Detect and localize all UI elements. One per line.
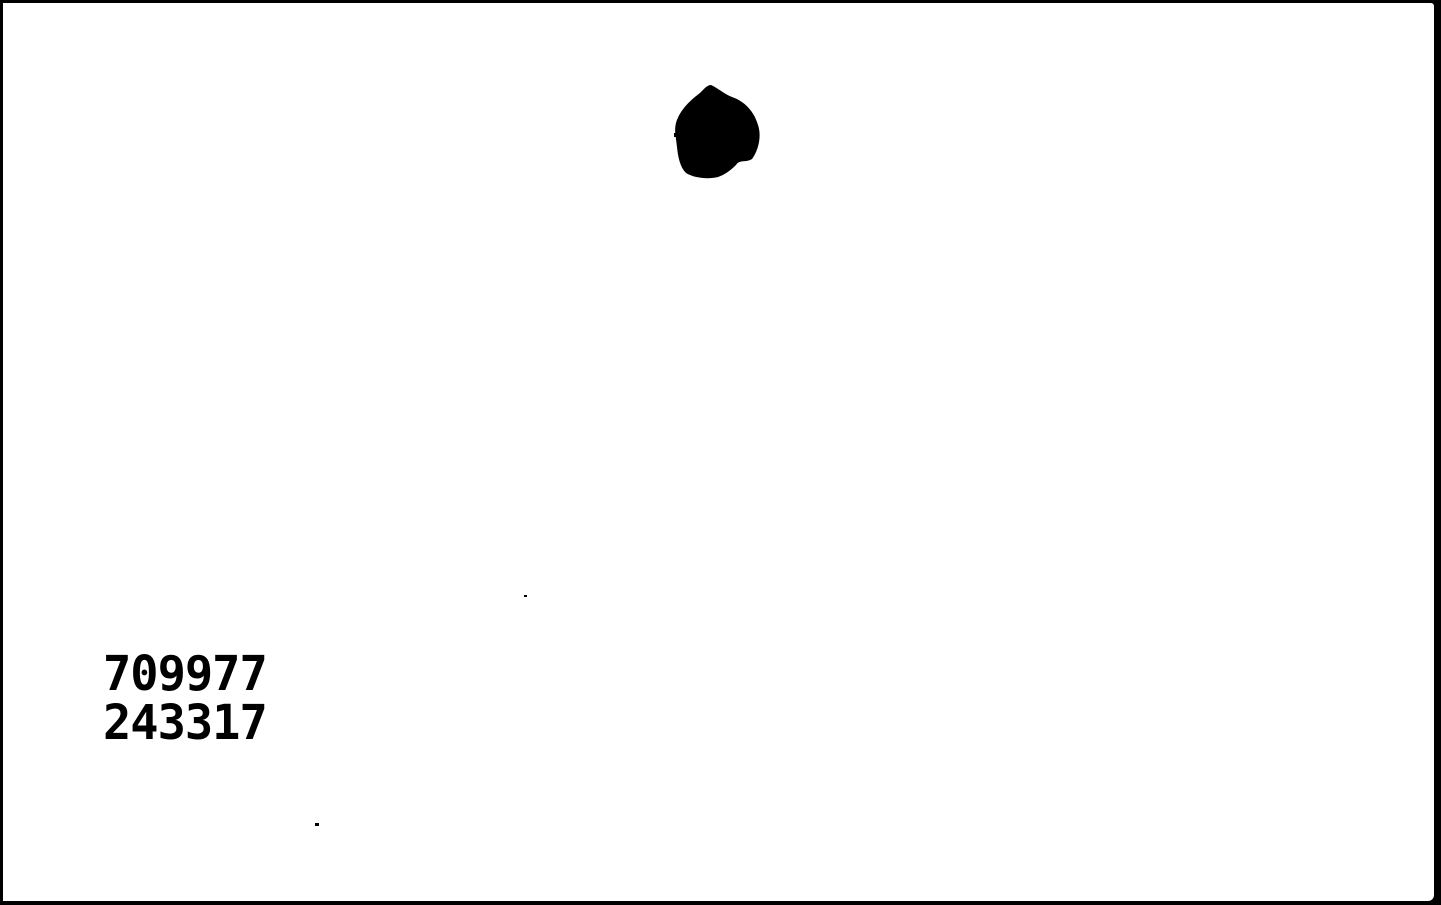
blot-icon: [674, 85, 760, 179]
number-line-2: 243317: [103, 699, 267, 748]
handwritten-number-block: 709977 243317: [103, 650, 267, 748]
punch-hole-mark: [674, 85, 760, 179]
scan-speck: [524, 595, 527, 597]
scan-speck: [315, 823, 319, 826]
scanned-card: 709977 243317: [3, 3, 1434, 901]
number-line-1: 709977: [103, 650, 267, 699]
